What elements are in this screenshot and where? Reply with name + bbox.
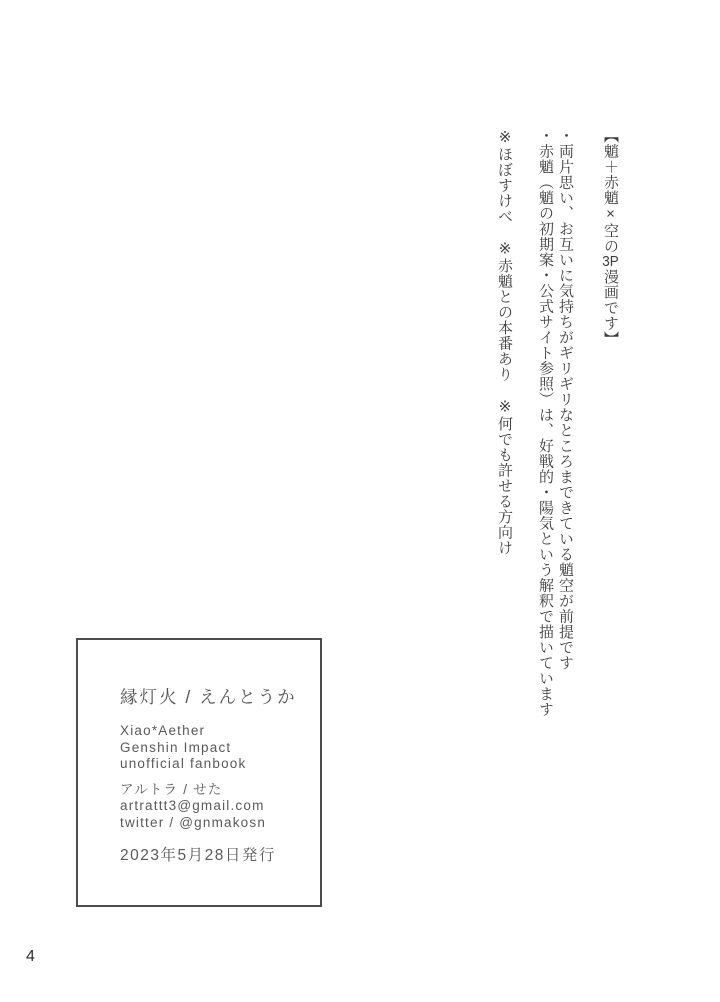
pairing-heading-suffix: 漫画です】 bbox=[602, 269, 619, 347]
pairing-heading: 【魈＋赤魈×空の3P漫画です】 bbox=[600, 128, 620, 788]
fanbook-type-line: unofficial fanbook bbox=[120, 756, 320, 773]
fanbook-series-line: Genshin Impact bbox=[120, 740, 320, 757]
pairing-heading-3p: 3P bbox=[602, 254, 619, 269]
note-bullet-2: ・赤魈（魈の初期案・公式サイト参照）は、好戦的・陽気という解釈で描いています bbox=[535, 128, 555, 788]
fanbook-pairing-line: Xiao*Aether bbox=[120, 723, 320, 740]
author-name: アルトラ / せた bbox=[120, 782, 320, 799]
doujinshi-colophon-page: 【魈＋赤魈×空の3P漫画です】 ・両片思い、お互いに気持ちがギリギリなところまで… bbox=[0, 0, 720, 1002]
note-bullet-1: ・両片思い、お互いに気持ちがギリギリなところまできている魈空が前提です bbox=[555, 128, 575, 788]
publication-date: 2023年5月28日発行 bbox=[120, 843, 320, 865]
pairing-heading-prefix: 【魈＋赤魈×空の bbox=[602, 128, 619, 254]
author-email: artrattt3@gmail.com bbox=[120, 798, 320, 815]
description-notes: 【魈＋赤魈×空の3P漫画です】 ・両片思い、お互いに気持ちがギリギリなところまで… bbox=[494, 128, 620, 788]
author-contact: アルトラ / せた artrattt3@gmail.com twitter / … bbox=[120, 782, 320, 832]
author-twitter: twitter / @gnmakosn bbox=[120, 815, 320, 832]
fanbook-info: Xiao*Aether Genshin Impact unofficial fa… bbox=[120, 723, 320, 773]
content-warnings: ※ほぼすけべ ※赤魈との本番あり ※何でも許せる方向け bbox=[494, 128, 514, 788]
book-title: 縁灯火 / えんとうか bbox=[120, 684, 320, 709]
colophon-box: 縁灯火 / えんとうか Xiao*Aether Genshin Impact u… bbox=[76, 638, 322, 907]
page-number: 4 bbox=[26, 948, 35, 966]
